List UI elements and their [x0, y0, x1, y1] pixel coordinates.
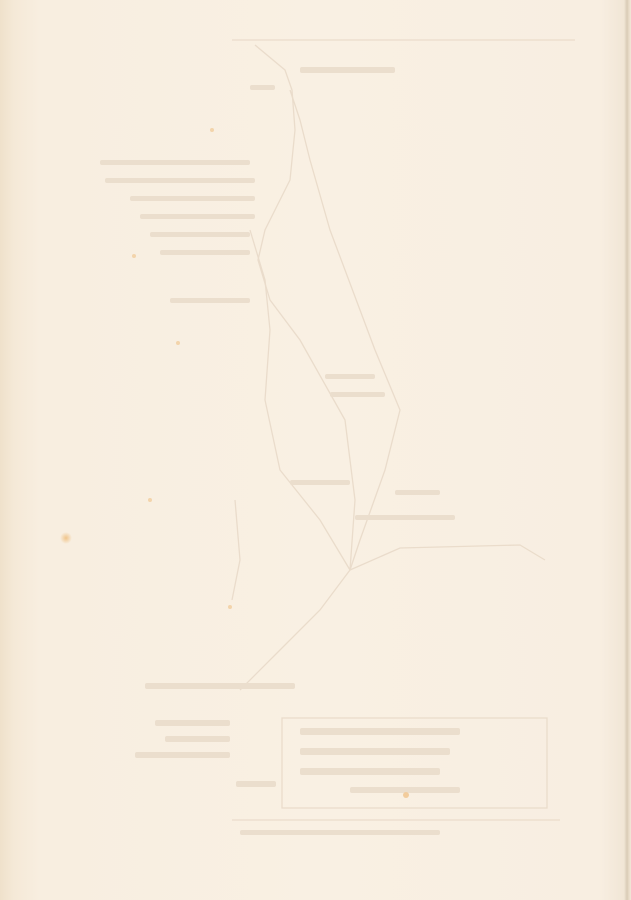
paper-page: [0, 0, 631, 900]
foxing-spot: [148, 498, 152, 502]
foxing-spot: [210, 128, 214, 132]
foxing-spot: [132, 254, 136, 258]
foxing-spot: [403, 792, 409, 798]
foxing-spot: [176, 341, 180, 345]
foxing-spot: [228, 605, 232, 609]
foxing-spot: [60, 532, 72, 544]
show-through-map: [0, 0, 631, 900]
